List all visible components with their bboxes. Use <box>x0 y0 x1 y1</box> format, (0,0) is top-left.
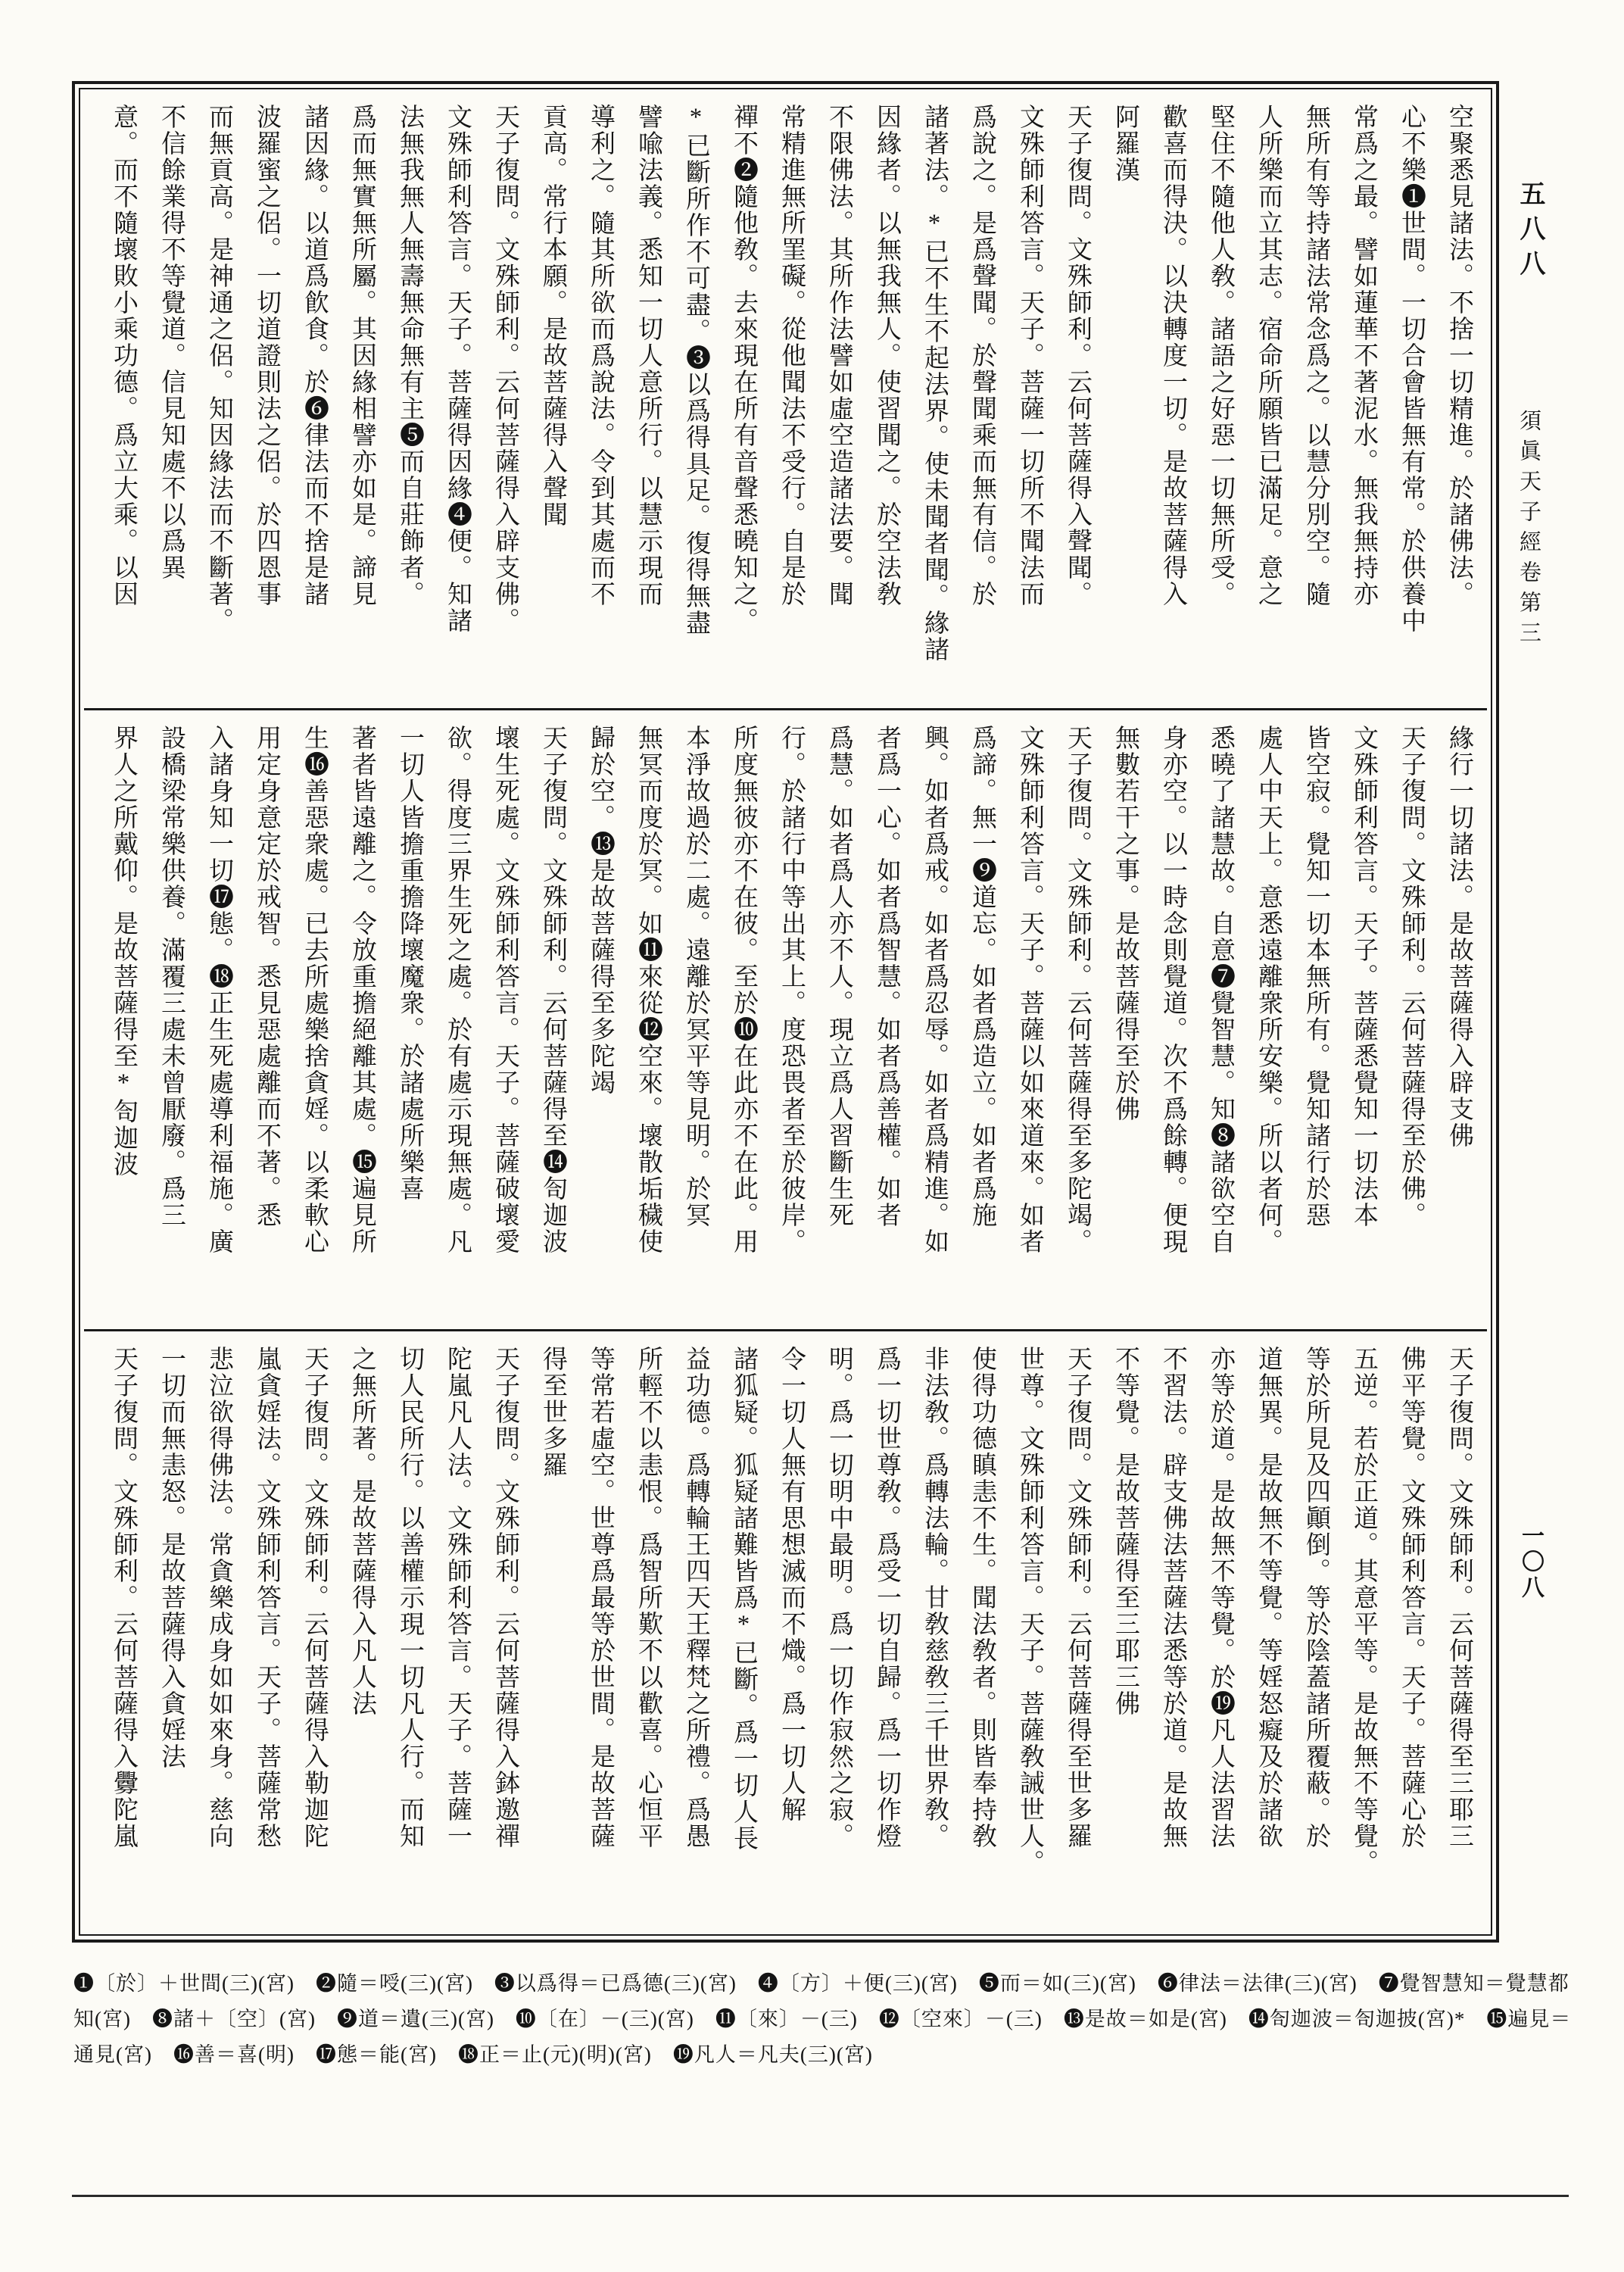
band-separator-2 <box>84 1329 1487 1331</box>
apparatus-footnotes: ❶〔於〕＋世間(三)(宮) ❷隨＝㖟(三)(宮) ❸以爲得＝已爲德(三)(宮) … <box>73 1966 1576 2073</box>
text-band-top: 空聚悉見諸法。不捨一切精進。於諸佛法。 心不樂❶世間。一切合會皆無有常。於供養中… <box>89 104 1482 698</box>
text-frame: 空聚悉見諸法。不捨一切精進。於諸佛法。 心不樂❶世間。一切合會皆無有常。於供養中… <box>72 81 1499 1943</box>
running-title: 須眞天子經卷第三 <box>1513 409 1545 651</box>
text-band-middle: 緣行一切諸法。是故菩薩得入辟支佛 天子復問。文殊師利。云何菩薩得至於佛。 文殊師… <box>89 725 1482 1319</box>
band-separator-1 <box>84 708 1487 710</box>
scanned-page: 空聚悉見諸法。不捨一切精進。於諸佛法。 心不樂❶世間。一切合會皆無有常。於供養中… <box>0 0 1624 2272</box>
bottom-rule <box>72 2195 1569 2197</box>
taisho-sutra-number: 五八八 <box>1511 180 1548 285</box>
text-band-bottom: 天子復問。文殊師利。云何菩薩得至三耶三 佛平等覺。文殊師利答言。天子。菩薩心於 … <box>89 1346 1482 1940</box>
page-number: 一〇八 <box>1513 1524 1547 1601</box>
